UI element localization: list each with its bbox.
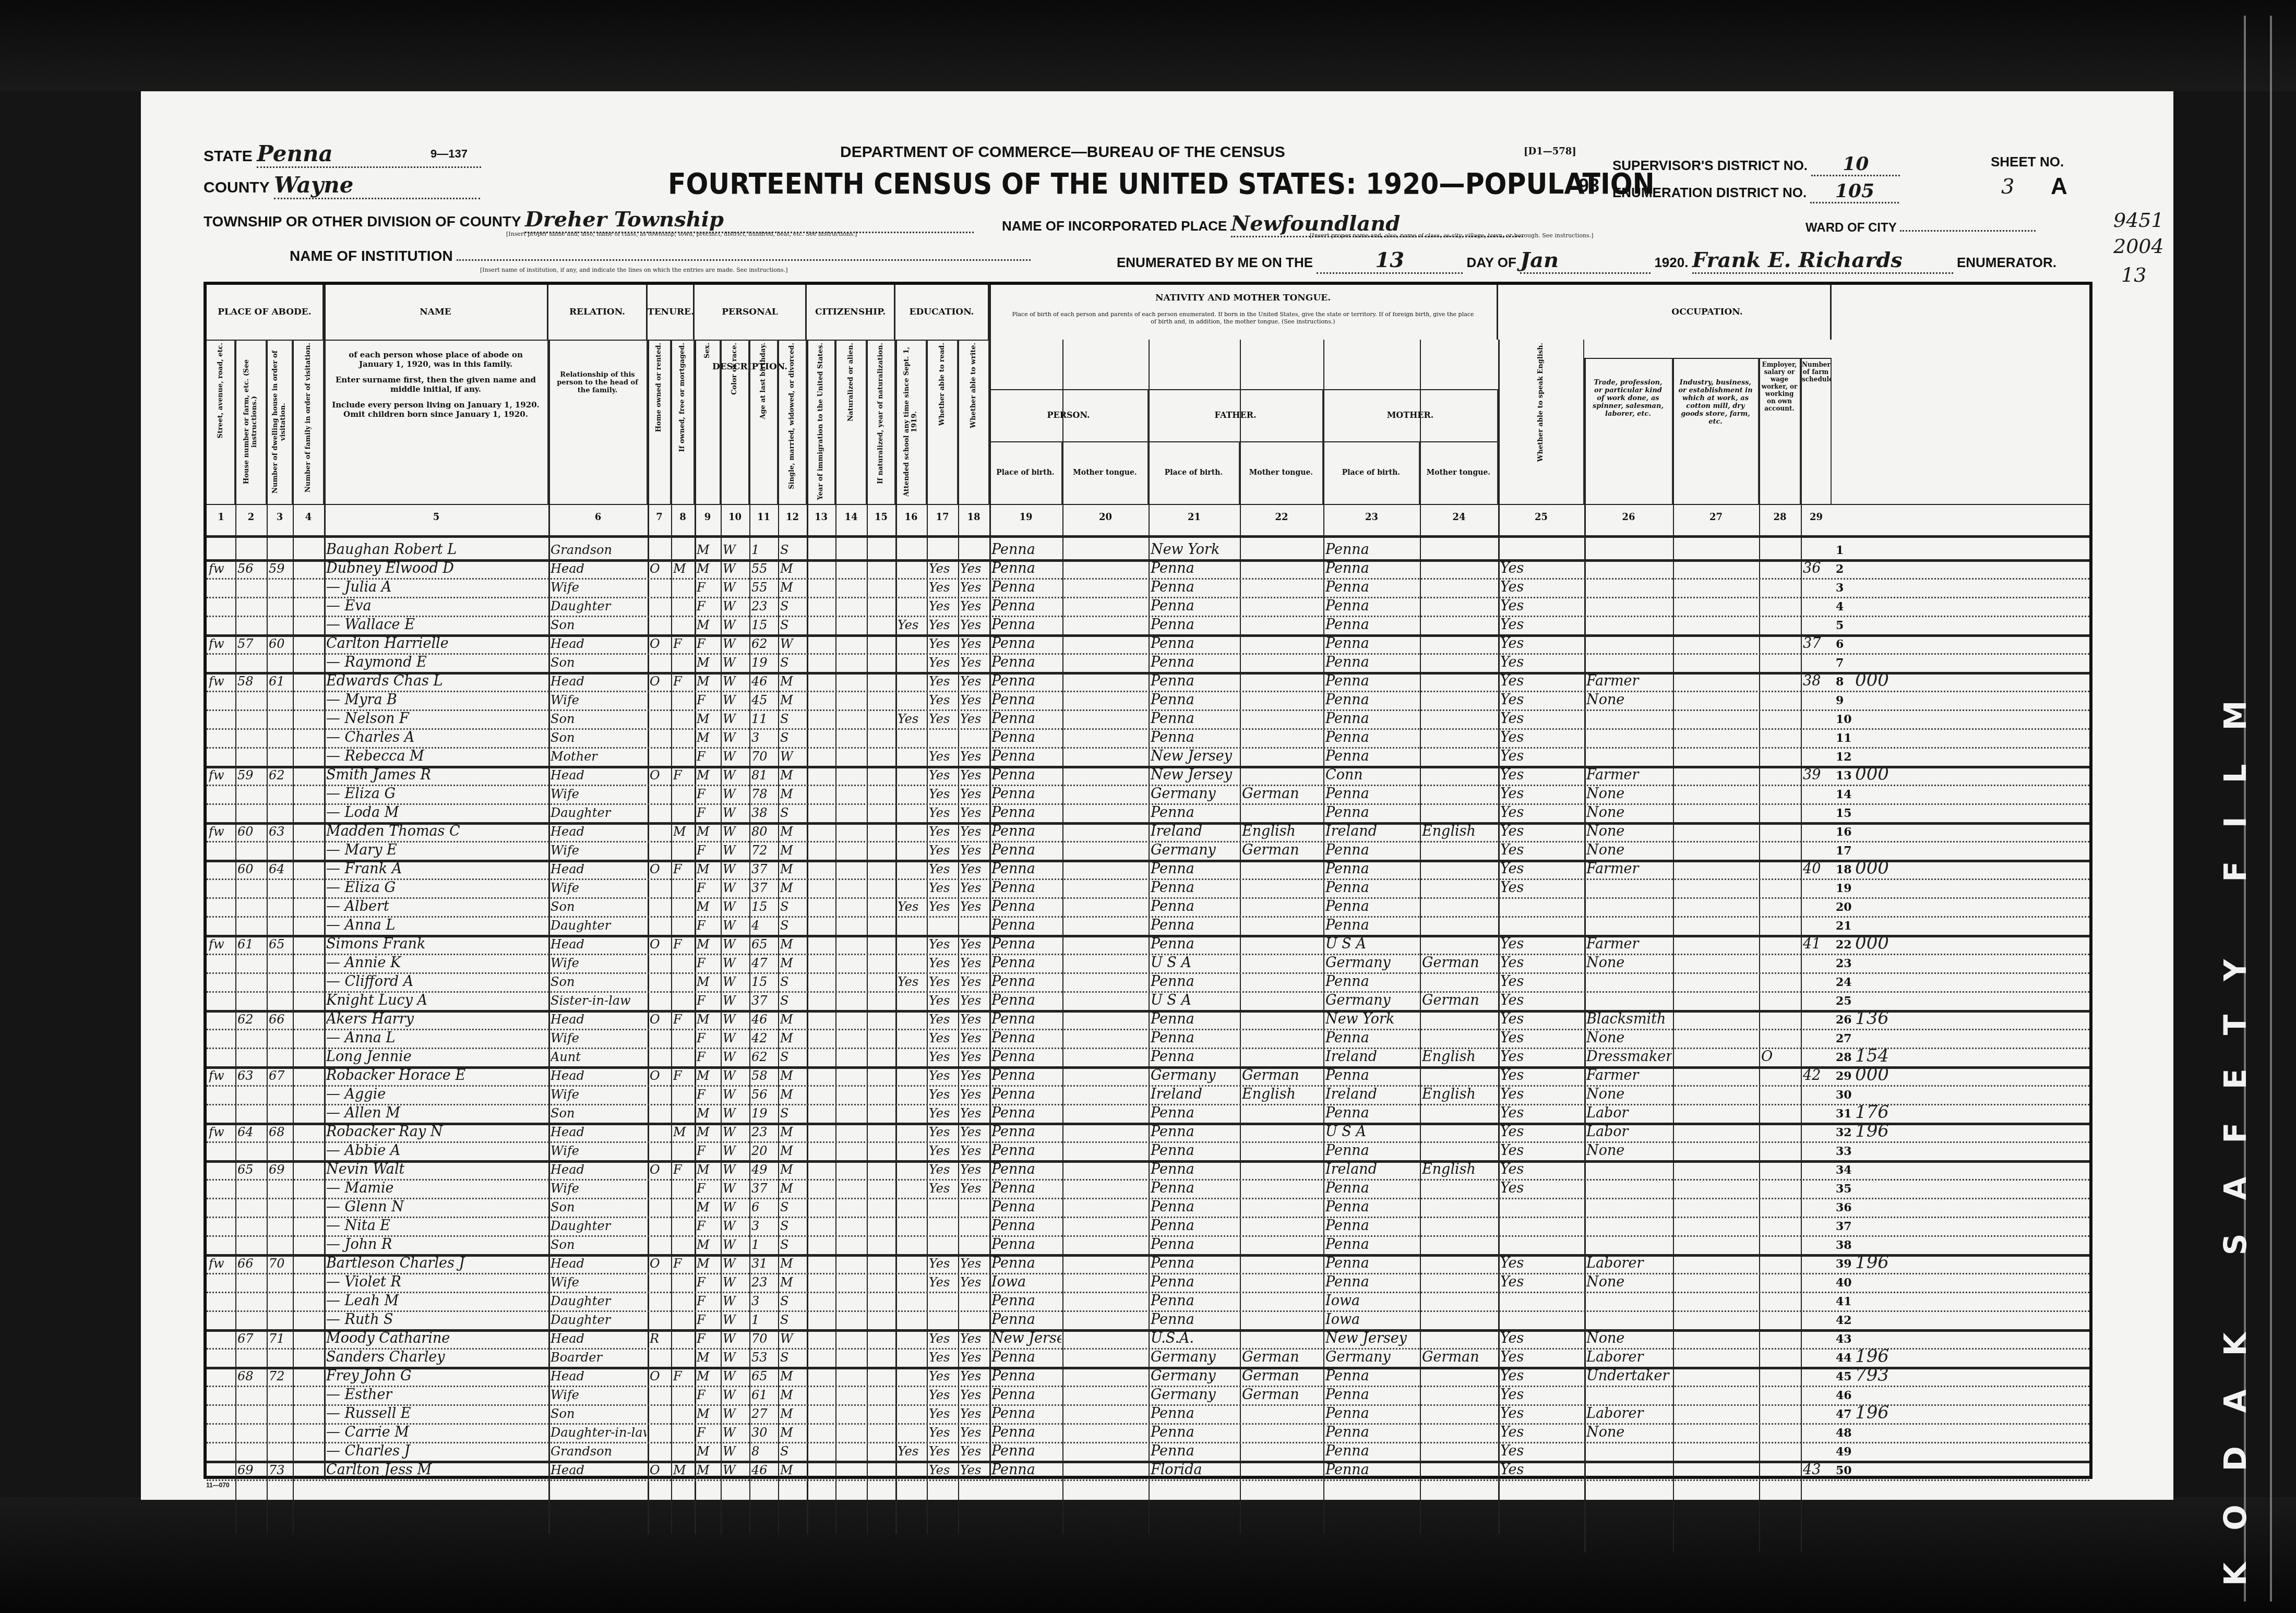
cell-write: Yes (960, 1030, 988, 1046)
cell-trade: Farmer (1586, 767, 1672, 784)
place-of-birth-header: Place of birth. (1323, 441, 1420, 504)
column-header-7: Home owned or rented. (648, 340, 671, 504)
cell-m_pob: Penna (1325, 1142, 1419, 1159)
cell-dwelling: 68 (269, 1124, 292, 1140)
cell-pob: Penna (991, 1199, 1061, 1215)
cell-read: Yes (929, 973, 957, 990)
cell-name: — Eva (326, 598, 547, 615)
cell-pob: Penna (991, 880, 1061, 896)
cell-sex: M (697, 973, 720, 990)
cell-age: 62 (751, 1049, 777, 1065)
cell-write: Yes (960, 955, 988, 971)
line-number: 25 (1836, 994, 1852, 1008)
cell-m_pob: Iowa (1325, 1293, 1419, 1309)
line-number: 26 (1836, 1013, 1852, 1027)
cell-own: O (650, 1255, 670, 1272)
name-instructions: Include every person living on January 1… (331, 400, 540, 419)
cell-sex: M (697, 823, 720, 840)
cell-race: W (723, 842, 748, 859)
cell-relation: Son (551, 729, 647, 746)
cell-own: O (650, 560, 670, 577)
cell-relation: Head (551, 767, 647, 784)
cell-write: Yes (960, 1368, 988, 1385)
cell-sex: F (697, 1086, 720, 1103)
cell-sex: F (697, 804, 720, 821)
cell-m_pob: Penna (1325, 635, 1419, 652)
column-number: 25 (1498, 512, 1584, 523)
cell-f_pob: Penna (1151, 1443, 1239, 1460)
column-header-27: Industry, business, or establishment in … (1673, 358, 1759, 504)
cell-race: W (723, 692, 748, 708)
cell-f_pob: Penna (1151, 898, 1239, 915)
cell-race: W (723, 1255, 748, 1272)
county-field: COUNTY Wayne (204, 172, 480, 199)
line-number: 23 (1836, 957, 1852, 970)
cell-marital: M (780, 1368, 806, 1385)
cell-write: Yes (960, 1105, 988, 1122)
line-number: 31 (1836, 1107, 1852, 1121)
column-header-6: Relationship of this person to the head … (548, 340, 648, 504)
cell-english: Yes (1500, 992, 1583, 1009)
margin-annotation: 196 (1855, 1346, 1889, 1367)
column-header-12: Single, married, widowed, or divorced. (778, 340, 807, 504)
cell-marital: M (780, 786, 806, 802)
cell-m_pob: Germany (1325, 1349, 1419, 1366)
column-number: 17 (927, 512, 958, 523)
cell-read: Yes (929, 1124, 957, 1140)
cell-write: Yes (960, 579, 988, 596)
cell-m_pob: Penna (1325, 1180, 1419, 1197)
cell-trade: None (1586, 1086, 1672, 1103)
cell-relation: Son (551, 617, 647, 633)
group-header: PERSONAL DESCRIPTION. (695, 285, 807, 340)
cell-name: Carlton Harrielle (326, 635, 547, 652)
cell-marital: M (780, 767, 806, 784)
cell-age: 37 (751, 992, 777, 1009)
enumeration-label: ENUMERATION DISTRICT NO. (1612, 185, 1807, 200)
group-header: PLACE OF ABODE. (207, 285, 324, 340)
cell-pob: Penna (991, 1236, 1061, 1253)
cell-age: 6 (751, 1199, 777, 1215)
cell-age: 27 (751, 1405, 777, 1422)
cell-relation: Daughter (551, 1311, 647, 1328)
cell-read: Yes (929, 936, 957, 953)
cell-relation: Son (551, 898, 647, 915)
cell-name: Smith James R (326, 767, 547, 784)
cell-marital: M (780, 1124, 806, 1140)
cell-write: Yes (960, 898, 988, 915)
cell-race: W (723, 955, 748, 971)
page-stamp: 93 (1578, 175, 1599, 197)
cell-read: Yes (929, 804, 957, 821)
cell-mort: F (673, 1011, 693, 1028)
cell-relation: Son (551, 1105, 647, 1122)
cell-race: W (723, 1067, 748, 1084)
cell-read: Yes (929, 711, 957, 727)
cell-pob: Penna (991, 1218, 1061, 1234)
cell-write: Yes (960, 823, 988, 840)
line-number: 19 (1836, 882, 1852, 895)
line-number: 44 (1836, 1351, 1852, 1365)
column-number: 7 (648, 512, 671, 523)
cell-m_pob: Penna (1325, 560, 1419, 577)
cell-read: Yes (929, 1349, 957, 1366)
cell-mort: M (673, 823, 693, 840)
cell-name: — Rebecca M (326, 748, 547, 765)
cell-street: fw (209, 635, 234, 652)
cell-own: O (650, 767, 670, 784)
cell-trade: None (1586, 823, 1672, 840)
cell-relation: Wife (551, 786, 647, 802)
margin-annotation: 176 (1855, 1102, 1889, 1123)
nativity-person-header: PERSON. (989, 389, 1149, 441)
cell-write: Yes (960, 598, 988, 615)
line-number: 35 (1836, 1182, 1852, 1196)
cell-english: Yes (1500, 1330, 1583, 1347)
cell-f_pob: Penna (1151, 673, 1239, 690)
cell-marital: S (780, 1049, 806, 1065)
cell-read: Yes (929, 1424, 957, 1441)
cell-read: Yes (929, 635, 957, 652)
cell-m_pob: Penna (1325, 1236, 1419, 1253)
cell-m_pob: Penna (1325, 880, 1419, 896)
cell-f_pob: Penna (1151, 973, 1239, 990)
cell-sex: F (697, 1330, 720, 1347)
cell-english: Yes (1500, 823, 1583, 840)
cell-marital: M (780, 1067, 806, 1084)
cell-m_pob: Ireland (1325, 823, 1419, 840)
cell-m_pob: Penna (1325, 973, 1419, 990)
line-number: 11 (1836, 731, 1852, 745)
cell-write: Yes (960, 1011, 988, 1028)
cell-relation: Wife (551, 842, 647, 859)
cell-read: Yes (929, 786, 957, 802)
cell-english: Yes (1500, 1462, 1583, 1478)
cell-race: W (723, 1330, 748, 1347)
line-number: 13 (1836, 769, 1852, 783)
cell-house: 58 (237, 673, 266, 690)
cell-sex: M (697, 541, 720, 558)
cell-age: 1 (751, 541, 777, 558)
cell-pob: Penna (991, 1124, 1061, 1140)
cell-english: Yes (1500, 1105, 1583, 1122)
cell-dwelling: 60 (269, 635, 292, 652)
cell-read: Yes (929, 1067, 957, 1084)
cell-house: 56 (237, 560, 266, 577)
cell-street: fw (209, 1067, 234, 1084)
cell-marital: S (780, 1105, 806, 1122)
cell-f_pob: Penna (1151, 1236, 1239, 1253)
cell-name: — Charles J (326, 1443, 547, 1460)
enumerator-label: ENUMERATOR. (1957, 255, 2056, 270)
cell-mort: F (673, 861, 693, 877)
cell-sex: F (697, 955, 720, 971)
cell-read: Yes (929, 1443, 957, 1460)
cell-relation: Son (551, 1236, 647, 1253)
cell-own: O (650, 635, 670, 652)
cell-english: Yes (1500, 1255, 1583, 1272)
cell-mort: F (673, 1067, 693, 1084)
cell-trade: Laborer (1586, 1255, 1672, 1272)
cell-age: 38 (751, 804, 777, 821)
cell-f_tongue: German (1242, 1368, 1322, 1385)
cell-m_pob: Penna (1325, 1387, 1419, 1403)
cell-english: Yes (1500, 1030, 1583, 1046)
cell-pob: Penna (991, 1349, 1061, 1366)
cell-write: Yes (960, 1124, 988, 1140)
cell-marital: S (780, 541, 806, 558)
cell-street: fw (209, 767, 234, 784)
cell-m_tongue: German (1422, 992, 1497, 1009)
cell-sex: M (697, 1161, 720, 1178)
cell-english: Yes (1500, 767, 1583, 784)
cell-write: Yes (960, 861, 988, 877)
cell-sex: F (697, 1424, 720, 1441)
cell-write: Yes (960, 1161, 988, 1178)
sheet-side: A (2051, 174, 2067, 200)
cell-mort: M (673, 1462, 693, 1478)
cell-race: W (723, 1405, 748, 1422)
column-header-5: of each person whose place of abode on J… (324, 340, 548, 504)
cell-m_pob: Penna (1325, 711, 1419, 727)
cell-marital: W (780, 1330, 806, 1347)
cell-age: 15 (751, 898, 777, 915)
cell-english: Yes (1500, 1086, 1583, 1103)
cell-m_tongue: English (1422, 1086, 1497, 1103)
cell-f_pob: Germany (1151, 1368, 1239, 1385)
line-number: 49 (1836, 1445, 1852, 1459)
county-value: Wayne (274, 172, 480, 199)
cell-name: — Loda M (326, 804, 547, 821)
enumerated-day: 13 (1317, 248, 1463, 274)
cell-relation: Wife (551, 1387, 647, 1403)
cell-name: — Myra B (326, 692, 547, 708)
cell-race: W (723, 1180, 748, 1197)
cell-relation: Head (551, 560, 647, 577)
cell-trade: Labor (1586, 1105, 1672, 1122)
cell-sex: F (697, 692, 720, 708)
cell-relation: Wife (551, 1274, 647, 1291)
cell-marital: M (780, 673, 806, 690)
cell-m_pob: Penna (1325, 1218, 1419, 1234)
cell-relation: Wife (551, 579, 647, 596)
cell-marital: M (780, 560, 806, 577)
cell-pob: Penna (991, 917, 1061, 934)
cell-f_pob: Penna (1151, 711, 1239, 727)
cell-f_pob: Penna (1151, 1199, 1239, 1215)
line-number: 9 (1836, 694, 1844, 707)
cell-write: Yes (960, 973, 988, 990)
cell-f_pob: U.S.A. (1151, 1330, 1239, 1347)
cell-pob: Penna (991, 1255, 1061, 1272)
cell-mort: F (673, 673, 693, 690)
line-number: 36 (1836, 1201, 1852, 1214)
film-border-top (0, 0, 2296, 91)
cell-school: Yes (898, 898, 926, 915)
cell-age: 3 (751, 729, 777, 746)
cell-pob: Penna (991, 1424, 1061, 1441)
cell-marital: M (780, 1405, 806, 1422)
cell-f_pob: Penna (1151, 1274, 1239, 1291)
cell-pob: Penna (991, 673, 1061, 690)
cell-relation: Head (551, 861, 647, 877)
cell-pob: Penna (991, 861, 1061, 877)
cell-race: W (723, 598, 748, 615)
column-number: 19 (989, 512, 1062, 523)
column-header-28: Employer, salary or wage worker, or work… (1759, 358, 1801, 504)
cell-pob: Penna (991, 1086, 1061, 1103)
cell-age: 46 (751, 1462, 777, 1478)
cell-race: W (723, 1462, 748, 1478)
cell-m_pob: Penna (1325, 654, 1419, 671)
cell-marital: M (780, 1274, 806, 1291)
margin-annotation: 196 (1855, 1121, 1889, 1141)
cell-relation: Son (551, 654, 647, 671)
cell-english: Yes (1500, 1349, 1583, 1366)
cell-name: — Leah M (326, 1293, 547, 1309)
margin-annotation: 793 (1855, 1365, 1889, 1386)
line-number: 6 (1836, 637, 1844, 651)
cell-name: Baughan Robert L (326, 541, 547, 558)
cell-english: Yes (1500, 635, 1583, 652)
sheet-number: 3 (2001, 175, 2014, 199)
cell-read: Yes (929, 992, 957, 1009)
cell-write: Yes (960, 842, 988, 859)
line-number: 48 (1836, 1426, 1852, 1440)
cell-m_pob: Penna (1325, 579, 1419, 596)
cell-race: W (723, 992, 748, 1009)
cell-f_pob: Penna (1151, 1180, 1239, 1197)
cell-name: — Abbie A (326, 1142, 547, 1159)
cell-house: 60 (237, 861, 266, 877)
cell-age: 46 (751, 1011, 777, 1028)
cell-pob: Penna (991, 1030, 1061, 1046)
cell-write: Yes (960, 1330, 988, 1347)
cell-name: Moody Catharine (326, 1330, 547, 1347)
cell-own: O (650, 1011, 670, 1028)
cell-age: 70 (751, 1330, 777, 1347)
cell-m_pob: Penna (1325, 1067, 1419, 1084)
cell-name: Carlton Jess M (326, 1462, 547, 1478)
cell-pob: Penna (991, 692, 1061, 708)
cell-trade: None (1586, 692, 1672, 708)
column-header-8: If owned, free or mortgaged. (671, 340, 695, 504)
cell-race: W (723, 541, 748, 558)
cell-f_pob: U S A (1151, 992, 1239, 1009)
cell-name: — John R (326, 1236, 547, 1253)
cell-age: 1 (751, 1236, 777, 1253)
cell-trade: Laborer (1586, 1349, 1672, 1366)
cell-f_pob: Penna (1151, 1405, 1239, 1422)
line-number: 30 (1836, 1088, 1852, 1102)
cell-m_pob: Penna (1325, 692, 1419, 708)
cell-farm: 41 (1803, 936, 1831, 953)
census-table: PLACE OF ABODE.NAMERELATION.TENURE.PERSO… (204, 282, 2092, 1479)
cell-relation: Daughter (551, 1293, 647, 1309)
cell-trade: None (1586, 1330, 1672, 1347)
cell-name: — Mary E (326, 842, 547, 859)
cell-age: 1 (751, 1311, 777, 1328)
cell-marital: M (780, 955, 806, 971)
column-header-11: Age at last birthday. (749, 340, 778, 504)
cell-marital: M (780, 936, 806, 953)
cell-m_pob: Penna (1325, 1030, 1419, 1046)
cell-read: Yes (929, 617, 957, 633)
cell-marital: S (780, 598, 806, 615)
cell-race: W (723, 917, 748, 934)
cell-race: W (723, 1199, 748, 1215)
cell-mort: M (673, 1124, 693, 1140)
cell-marital: S (780, 917, 806, 934)
cell-name: — Nelson F (326, 711, 547, 727)
cell-race: W (723, 673, 748, 690)
cell-write: Yes (960, 1443, 988, 1460)
cell-race: W (723, 1311, 748, 1328)
cell-write: Yes (960, 654, 988, 671)
cell-name: — Esther (326, 1387, 547, 1403)
cell-f_pob: Penna (1151, 654, 1239, 671)
cell-relation: Son (551, 973, 647, 990)
cell-sex: M (697, 1462, 720, 1478)
census-title: FOURTEENTH CENSUS OF THE UNITED STATES: … (668, 167, 1655, 201)
enumerated-date-field: ENUMERATED BY ME ON THE 13 DAY OF Jan 19… (1117, 248, 2056, 274)
cell-street: fw (209, 673, 234, 690)
mother-tongue-header: Mother tongue. (1420, 441, 1498, 504)
cell-own: R (650, 1330, 670, 1347)
column-number: 16 (895, 512, 927, 523)
line-number: 15 (1836, 806, 1852, 820)
cell-own: O (650, 861, 670, 877)
margin-note-page: 13 (2121, 263, 2146, 286)
cell-f_pob: Penna (1151, 1161, 1239, 1178)
cell-race: W (723, 1387, 748, 1403)
cell-pob: Penna (991, 579, 1061, 596)
column-number: 8 (671, 512, 695, 523)
cell-relation: Head (551, 635, 647, 652)
cell-house: 65 (237, 1161, 266, 1178)
cell-sex: M (697, 560, 720, 577)
cell-m_pob: Penna (1325, 1462, 1419, 1478)
cell-pob: Penna (991, 560, 1061, 577)
mother-tongue-header: Mother tongue. (1240, 441, 1323, 504)
cell-sex: F (697, 992, 720, 1009)
cell-relation: Wife (551, 1180, 647, 1197)
cell-read: Yes (929, 842, 957, 859)
cell-dwelling: 66 (269, 1011, 292, 1028)
line-number: 43 (1836, 1332, 1852, 1346)
cell-pob: Penna (991, 729, 1061, 746)
column-header-10: Color or race. (721, 340, 749, 504)
cell-f_pob: Germany (1151, 842, 1239, 859)
cell-sex: M (697, 1443, 720, 1460)
cell-sex: M (697, 767, 720, 784)
cell-race: W (723, 560, 748, 577)
cell-name: — Annie K (326, 955, 547, 971)
enumerated-month: Jan (1520, 248, 1651, 274)
supervisor-district-field: SUPERVISOR'S DISTRICT NO. 10 (1612, 153, 1900, 176)
cell-race: W (723, 1349, 748, 1366)
sheet-label: SHEET NO. (1991, 154, 2064, 170)
cell-race: W (723, 711, 748, 727)
cell-pob: Penna (991, 598, 1061, 615)
group-header: CITIZENSHIP. (807, 285, 895, 340)
column-number: 15 (867, 512, 895, 523)
cell-race: W (723, 729, 748, 746)
cell-english: Yes (1500, 1387, 1583, 1403)
line-number: 37 (1836, 1220, 1852, 1233)
cell-marital: M (780, 823, 806, 840)
cell-sex: F (697, 786, 720, 802)
